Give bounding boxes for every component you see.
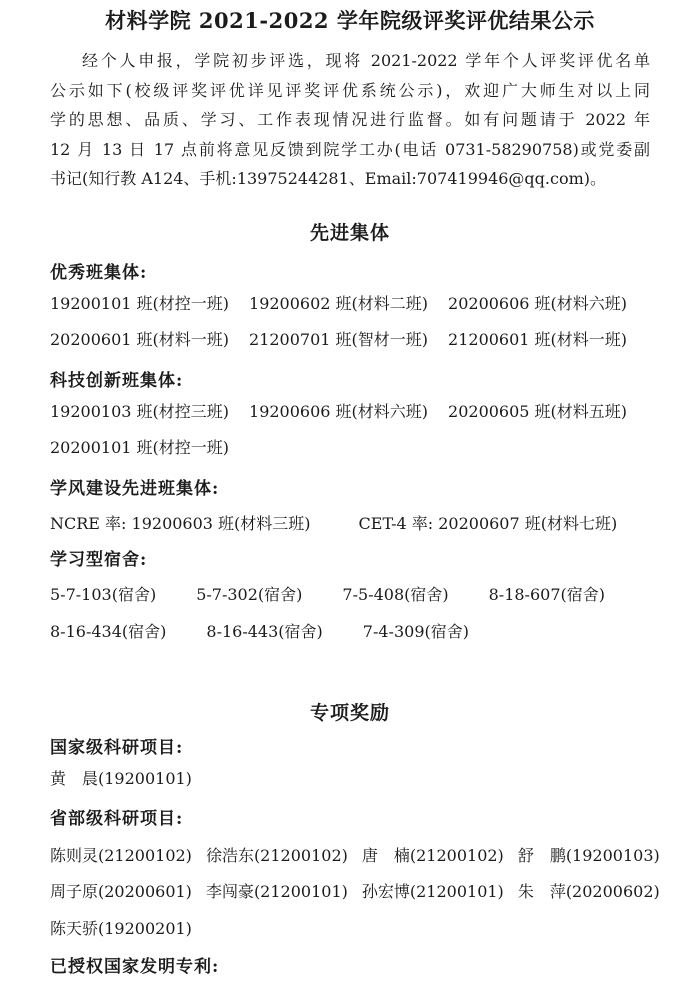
list-row: 5-7-103(宿舍) 5-7-302(宿舍) 7-5-408(宿舍) 8-18… [50,577,650,614]
list-item: 19200606 班(材料六班) [249,394,428,431]
notice-paragraph: 经个人申报，学院初步评选，现将 2021-2022 学年个人评奖评优名单 公示如… [50,46,650,194]
paragraph-line: 书记(知行教 A124、手机:13975244281、Email:7074199… [50,164,650,194]
list-row: 陈天骄(19200201) [50,911,650,948]
list-item: 8-16-434(宿舍) [50,614,166,651]
list-item: 黄 晨(19200101) [50,761,192,798]
list-item: 20200605 班(材料五班) [448,394,627,431]
list-item: 朱 萍(20200602) [518,874,660,911]
section-heading-special-awards: 专项奖励 [50,700,650,727]
list-item: 20200601 班(材料一班) [50,322,229,359]
list-item: 唐 楠(21200102) [362,838,504,875]
group-label-tech-innovation-class: 科技创新班集体: [50,369,650,394]
section-heading-advanced-collectives: 先进集体 [50,220,650,247]
list-item: 陈天骄(19200201) [50,911,192,948]
list-item: 21200701 班(智材一班) [249,322,428,359]
list-item: 孙宏博(21200101) [362,874,504,911]
group-label-study-style-class: 学风建设先进班集体: [50,477,650,502]
list-row: 20200101 班(材控一班) [50,430,650,467]
document-page: 材料学院 2021-2022 学年院级评奖评优结果公示 经个人申报，学院初步评选… [0,6,700,990]
list-item: 20200101 班(材控一班) [50,430,229,467]
list-item: 8-18-607(宿舍) [489,577,605,614]
page-title: 材料学院 2021-2022 学年院级评奖评优结果公示 [50,6,650,36]
list-item: 李闯豪(21200101) [206,874,348,911]
list-item: CET-4 率: 20200607 班(材料七班) [359,506,618,543]
list-row: 陈则灵(21200102) 徐浩东(21200102) 唐 楠(21200102… [50,838,650,875]
paragraph-line: 12 月 13 日 17 点前将意见反馈到院学工办(电话 0731-582907… [50,135,650,165]
list-item: 20200606 班(材料六班) [448,286,627,323]
list-item: NCRE 率: 19200603 班(材料三班) [50,506,311,543]
group-label-excellent-class: 优秀班集体: [50,261,650,286]
paragraph-line: 学的思想、品质、学习、工作表现情况进行监督。如有问题请于 2022 年 [50,105,650,135]
list-item: 7-4-309(宿舍) [363,614,469,651]
document-content: 材料学院 2021-2022 学年院级评奖评优结果公示 经个人申报，学院初步评选… [0,6,700,980]
group-label-learning-dormitory: 学习型宿舍: [50,548,650,573]
group-label-provincial-research-project: 省部级科研项目: [50,807,650,832]
list-item: 21200601 班(材料一班) [448,322,627,359]
list-item: 徐浩东(21200102) [206,838,348,875]
list-row: 周子原(20200601) 李闯豪(21200101) 孙宏博(21200101… [50,874,650,911]
list-item: 5-7-302(宿舍) [196,577,302,614]
list-item: 19200103 班(材控三班) [50,394,229,431]
paragraph-line: 经个人申报，学院初步评选，现将 2021-2022 学年个人评奖评优名单 [50,46,650,76]
group-label-authorized-national-invention-patent: 已授权国家发明专利: [50,955,650,980]
list-row: 黄 晨(19200101) [50,761,650,798]
list-item: 19200602 班(材料二班) [249,286,428,323]
list-row: 19200101 班(材控一班) 19200602 班(材料二班) 202006… [50,286,650,323]
list-item: 8-16-443(宿舍) [206,614,322,651]
list-row: 20200601 班(材料一班) 21200701 班(智材一班) 212006… [50,322,650,359]
list-item: 周子原(20200601) [50,874,192,911]
list-item: 舒 鹏(19200103) [518,838,660,875]
group-label-national-research-project: 国家级科研项目: [50,736,650,761]
list-row: 19200103 班(材控三班) 19200606 班(材料六班) 202006… [50,394,650,431]
list-row: 8-16-434(宿舍) 8-16-443(宿舍) 7-4-309(宿舍) [50,614,650,651]
list-item: 7-5-408(宿舍) [342,577,448,614]
list-item: 5-7-103(宿舍) [50,577,156,614]
list-item: 陈则灵(21200102) [50,838,192,875]
paragraph-line: 公示如下(校级评奖评优详见评奖评优系统公示)，欢迎广大师生对以上同 [50,76,650,106]
list-item: 19200101 班(材控一班) [50,286,229,323]
list-row: NCRE 率: 19200603 班(材料三班) CET-4 率: 202006… [50,506,650,543]
